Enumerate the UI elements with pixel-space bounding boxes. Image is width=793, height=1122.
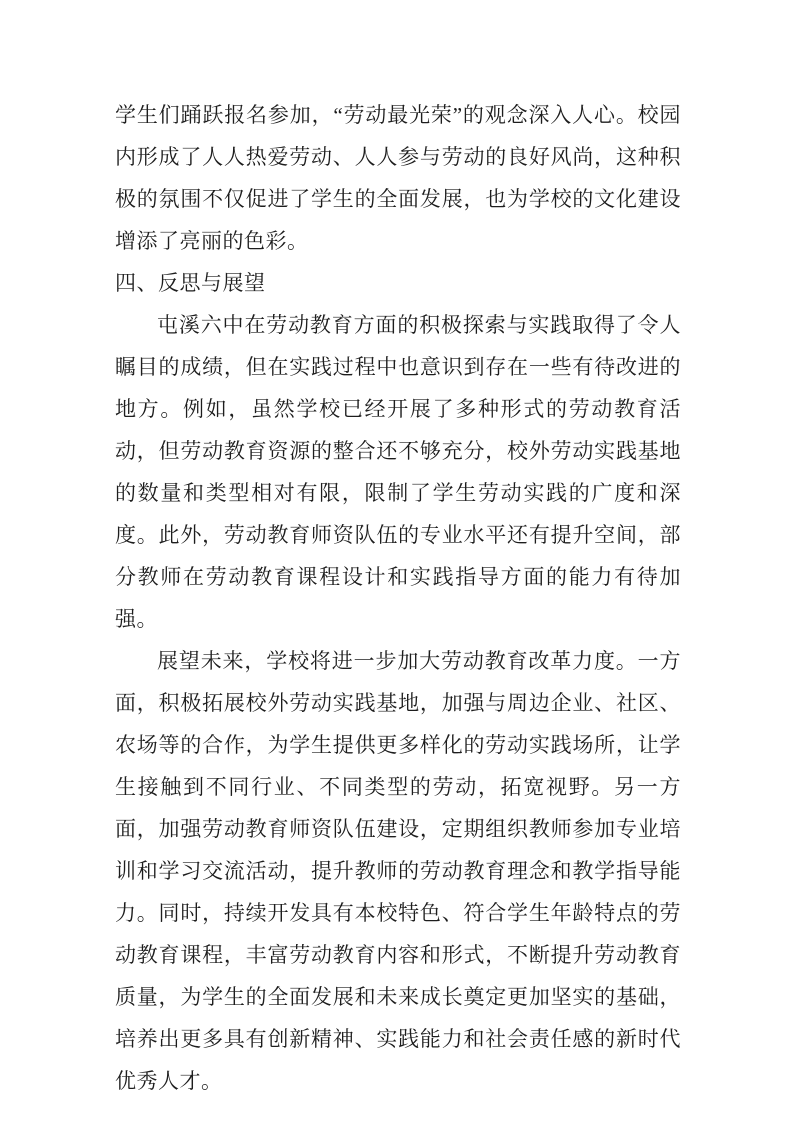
section-heading-reflection-outlook: 四、反思与展望 — [115, 262, 681, 304]
document-page: 学生们踊跃报名参加，“劳动最光荣”的观念深入人心。校园内形成了人人热爱劳动、人人… — [0, 0, 793, 1122]
document-body: 学生们踊跃报名参加，“劳动最光荣”的观念深入人心。校园内形成了人人热爱劳动、人人… — [115, 94, 681, 1102]
paragraph-outlook: 展望未来，学校将进一步加大劳动教育改革力度。一方面，积极拓展校外劳动实践基地，加… — [115, 640, 681, 1102]
paragraph-reflection: 屯溪六中在劳动教育方面的积极探索与实践取得了令人瞩目的成绩，但在实践过程中也意识… — [115, 304, 681, 640]
paragraph-continued: 学生们踊跃报名参加，“劳动最光荣”的观念深入人心。校园内形成了人人热爱劳动、人人… — [115, 94, 681, 262]
